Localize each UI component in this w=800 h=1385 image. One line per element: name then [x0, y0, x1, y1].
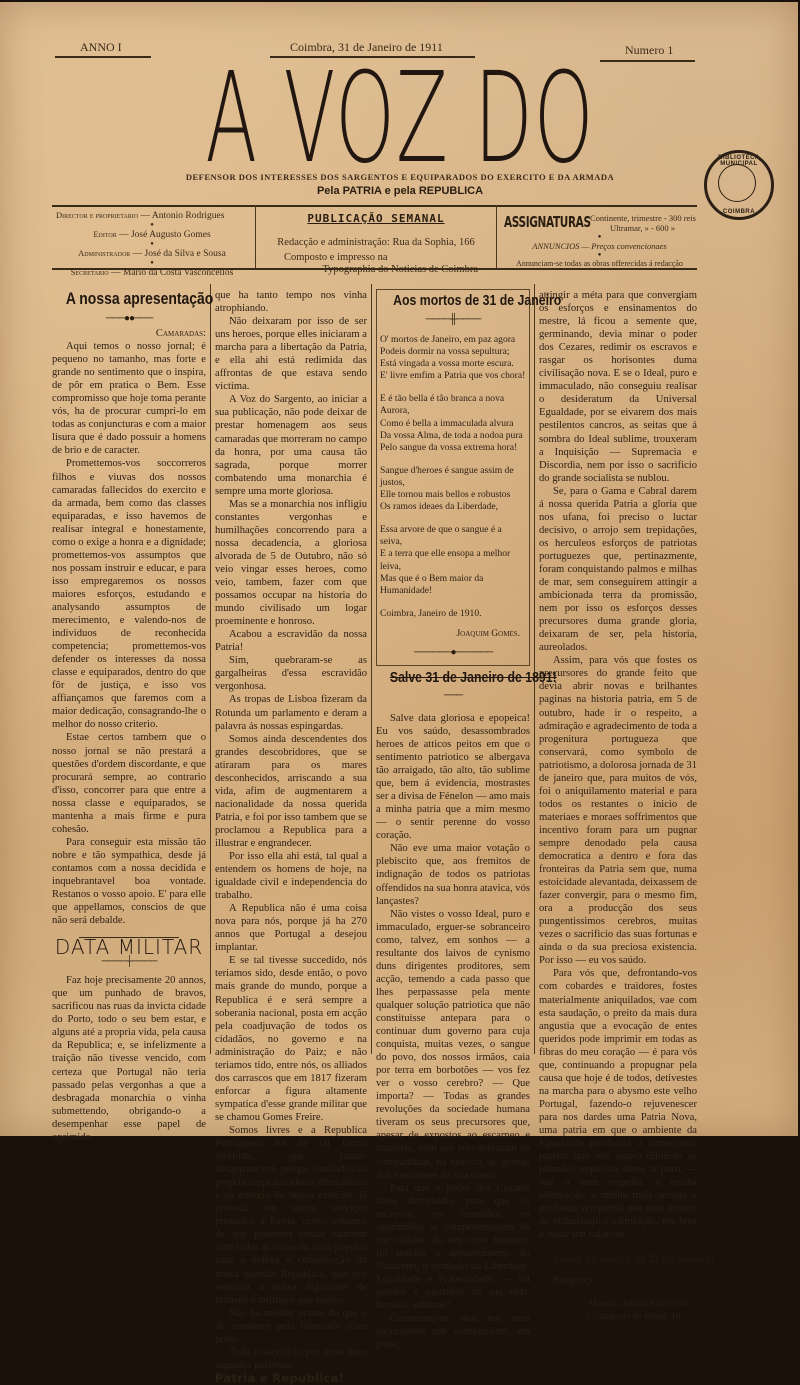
paragraph: Sim, quebraram-se as gargalheiras d'essa…: [215, 654, 367, 693]
paragraph: Promettemos-vos soccorreros filhos e viu…: [52, 457, 206, 731]
newspaper-title: A VOZ DO SARGENTO: [59, 57, 741, 177]
salutation: Camaradas:: [52, 327, 206, 340]
salve-continued: attingir a méta para que convergiam os e…: [539, 289, 697, 1140]
paragraph: Estae certos tambem que o nosso jornal s…: [52, 731, 206, 835]
ornament-divider: ──────●──────: [380, 647, 526, 659]
article-title: A nossa apresentação: [66, 289, 192, 309]
staff-administrator: Administrador — José da Silva e Sousa: [52, 247, 252, 260]
ornament-divider: ───●●───: [52, 313, 206, 325]
poem-and-salve: Aos mortos de 31 de Janeiro ────╫──── O'…: [376, 289, 530, 1140]
library-stamp: BIBLIOTECA MUNICIPAL COIMBRA: [704, 150, 774, 220]
paragraph: que ha tanto tempo nos vinha atrophiando…: [215, 289, 367, 315]
issue-number: Numero 1: [625, 43, 673, 58]
publication-frequency: PUBLICAÇÃO SEMANAL: [258, 212, 494, 225]
stamp-text-top: BIBLIOTECA MUNICIPAL: [707, 155, 771, 167]
paragraph: A Republica não é uma coisa nova para nó…: [215, 902, 367, 954]
poem-stanza: Essa arvore de que o sangue é a seiva,E …: [380, 524, 526, 597]
paragraph: Assim, para vós que fostes os precursore…: [539, 654, 697, 967]
masthead: A VOZ DO SARGENTO: [0, 57, 800, 177]
paragraph: Faz hoje precisamente 20 annos, que um p…: [52, 974, 206, 1140]
staff-editor: Editor — José Augusto Gomes: [52, 228, 252, 241]
poem-body: O' mortos de Janeiro, em paz agoraPodeis…: [380, 334, 526, 597]
article-presentation: A nossa apresentação ───●●─── Camaradas:…: [52, 289, 206, 1140]
motto: Pela PATRIA e pela REPUBLICA: [0, 185, 800, 197]
staff-director: Director e proprietario — Antonio Rodrig…: [52, 209, 252, 222]
poem-stanza: Sangue d'heroes é sangue assim de justos…: [380, 465, 526, 513]
short-divider: ───: [376, 690, 530, 702]
paragraph: A Voz do Sargento, ao iniciar a sua publ…: [215, 393, 367, 497]
printer-line-2: Typographia do Noticias de Coimbra: [258, 264, 494, 276]
paragraph: Não eve uma maior votação o plebiscito q…: [376, 842, 530, 907]
staff-box: Director e proprietario — Antonio Rodrig…: [52, 209, 252, 279]
printer-line-1: Composto e impresso na: [258, 252, 494, 264]
article-data-militar-continued: que ha tanto tempo nos vinha atrophiando…: [215, 289, 367, 1140]
paragraph: Para vós que, defrontando-vos com cobard…: [539, 967, 697, 1140]
paragraph: Salve data gloriosa e epopeica! Eu vos s…: [376, 712, 530, 842]
year-label: ANNO I: [80, 40, 122, 55]
paragraph: Se, para o Gama e Cabral darem á nossa q…: [539, 485, 697, 655]
paragraph: Para conseguir esta missão tão nobre e t…: [52, 836, 206, 927]
publication-box: PUBLICAÇÃO SEMANAL Redacção e administra…: [258, 212, 494, 276]
poem-stanza: O' mortos de Janeiro, em paz agoraPodeis…: [380, 334, 526, 382]
paragraph: Somos ainda descendentes dos grandes des…: [215, 733, 367, 850]
subtitle: DEFENSOR DOS INTERESSES DOS SARGENTOS E …: [0, 172, 800, 182]
poem-stanza: E é tão bella é tão branca a nova Aurora…: [380, 393, 526, 453]
poem-box: Aos mortos de 31 de Janeiro ────╫──── O'…: [376, 289, 530, 666]
salve-title: Salve 31 de Janeiro de 1891!: [390, 668, 516, 688]
poem-author: Joaquim Gomes.: [380, 628, 526, 641]
poem-title: Aos mortos de 31 de Janeiro: [393, 292, 513, 310]
paragraph: As tropas de Lisboa fizeram da Rotunda u…: [215, 693, 367, 732]
paragraph: attingir a méta para que convergiam os e…: [539, 289, 697, 485]
cross-divider: ────╫────: [380, 314, 526, 326]
paragraph: Não deixaram por isso de ser uns heroes,…: [215, 315, 367, 393]
paragraph: Somos livres e a Republica Portugueza fo…: [215, 1124, 367, 1140]
paragraph: E se tal tivesse succedido, nós teriamos…: [215, 954, 367, 1124]
newspaper-page: ANNO I Coimbra, 31 de Janeiro de 1911 Nu…: [0, 2, 798, 1136]
staff-secretary: Secretario — Mario da Costa Vasconcellos: [52, 266, 252, 279]
ads-note: Annunciam-se todas as obras offerecidas …: [502, 258, 697, 270]
place-date: Coimbra, 31 de Janeiro de 1911: [290, 40, 443, 55]
poem-place-date: Coimbra, Janeiro de 1910.: [380, 608, 526, 620]
section-title: DATA MILITAR: [52, 941, 206, 954]
paragraph: Não vistes o vosso Ideal, puro e immacul…: [376, 908, 530, 1140]
publication-address: Redacção e administração: Rua da Sophia,…: [258, 237, 494, 249]
paragraph: Mas se a monarchia nos infligiu constant…: [215, 498, 367, 628]
subscriptions-label: ASSIGNATURAS: [504, 213, 591, 231]
subscription-prices: Continente, trimestre - 300 reis Ultrama…: [590, 213, 700, 233]
ads-pricing: ANNUNCIOS — Preços convencionaes: [502, 240, 697, 252]
paragraph: Por isso ella ahi está, tal qual a enten…: [215, 850, 367, 902]
stamp-text-bottom: COIMBRA: [707, 209, 771, 215]
paragraph: Acabou a escravidão da nossa Patria!: [215, 628, 367, 654]
paragraph: Aqui temos o nosso jornal; é pequeno no …: [52, 340, 206, 457]
subscriptions-box: ASSIGNATURAS Continente, trimestre - 300…: [502, 210, 697, 270]
